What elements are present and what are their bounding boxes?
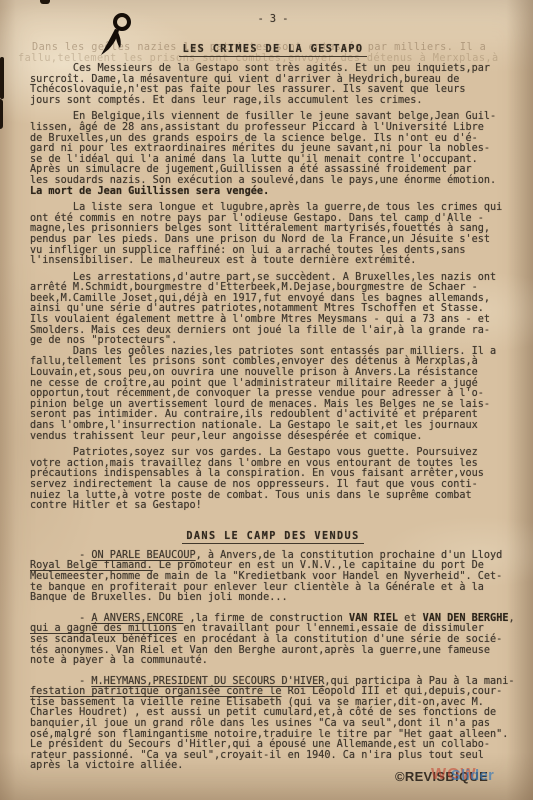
watermark: ©REVISBIQUE WOW Slider <box>395 766 517 786</box>
paragraph: - ON PARLE BEAUCOUP, à Anvers,de la cons… <box>30 551 516 604</box>
section-heading: LES CRIMES DE LA GESTAPO <box>30 44 516 56</box>
paragraph: Patriotes,soyez sur vos gardes. La Gesta… <box>30 448 516 512</box>
text-line: vendus trahissent leur peur,leur angoiss… <box>30 432 516 443</box>
section-heading: DANS LE CAMP DES VENDUS <box>30 531 516 543</box>
scan-edge-mark <box>0 57 4 99</box>
document-page: - 3 - LES CRIMES DE LA GESTAPO Ces Messi… <box>30 14 516 772</box>
text-line: l'insensibiliser. Le malheureux est à to… <box>30 256 516 267</box>
text-line: contre Hitler et sa Gestapo! <box>30 501 516 512</box>
paragraph: Dans les geôles nazies,les patriotes son… <box>30 347 516 442</box>
paragraph: La liste sera longue et lugubre,après la… <box>30 203 516 267</box>
paragraph: - M.HEYMANS,PRESIDENT DU SECOURS D'HIVER… <box>30 677 516 772</box>
page-number: - 3 - <box>30 14 516 25</box>
text-line: note à payer à la communauté. <box>30 656 516 667</box>
text-line: Banque de Bruxelles. Du bien joli monde.… <box>30 593 516 604</box>
paragraph: - A ANVERS,ENCORE ,la firme de construct… <box>30 614 516 667</box>
paragraph: Ces Messieurs de la Gestapo sont très ag… <box>30 64 516 106</box>
text-line: La mort de Jean Guillissen sera vengée. <box>30 187 516 198</box>
paragraph: En Belgique,ils viennent de fusiller le … <box>30 112 516 197</box>
scan-edge-mark <box>40 0 50 4</box>
watermark-slider-text: Slider <box>451 768 494 784</box>
document-body: LES CRIMES DE LA GESTAPO Ces Messieurs d… <box>30 44 516 772</box>
paragraph: Les arrestations,d'autre part,se succède… <box>30 273 516 347</box>
scan-edge-mark <box>0 99 3 129</box>
text-line: jours sont comptés. Et dans leur rage,il… <box>30 96 516 107</box>
